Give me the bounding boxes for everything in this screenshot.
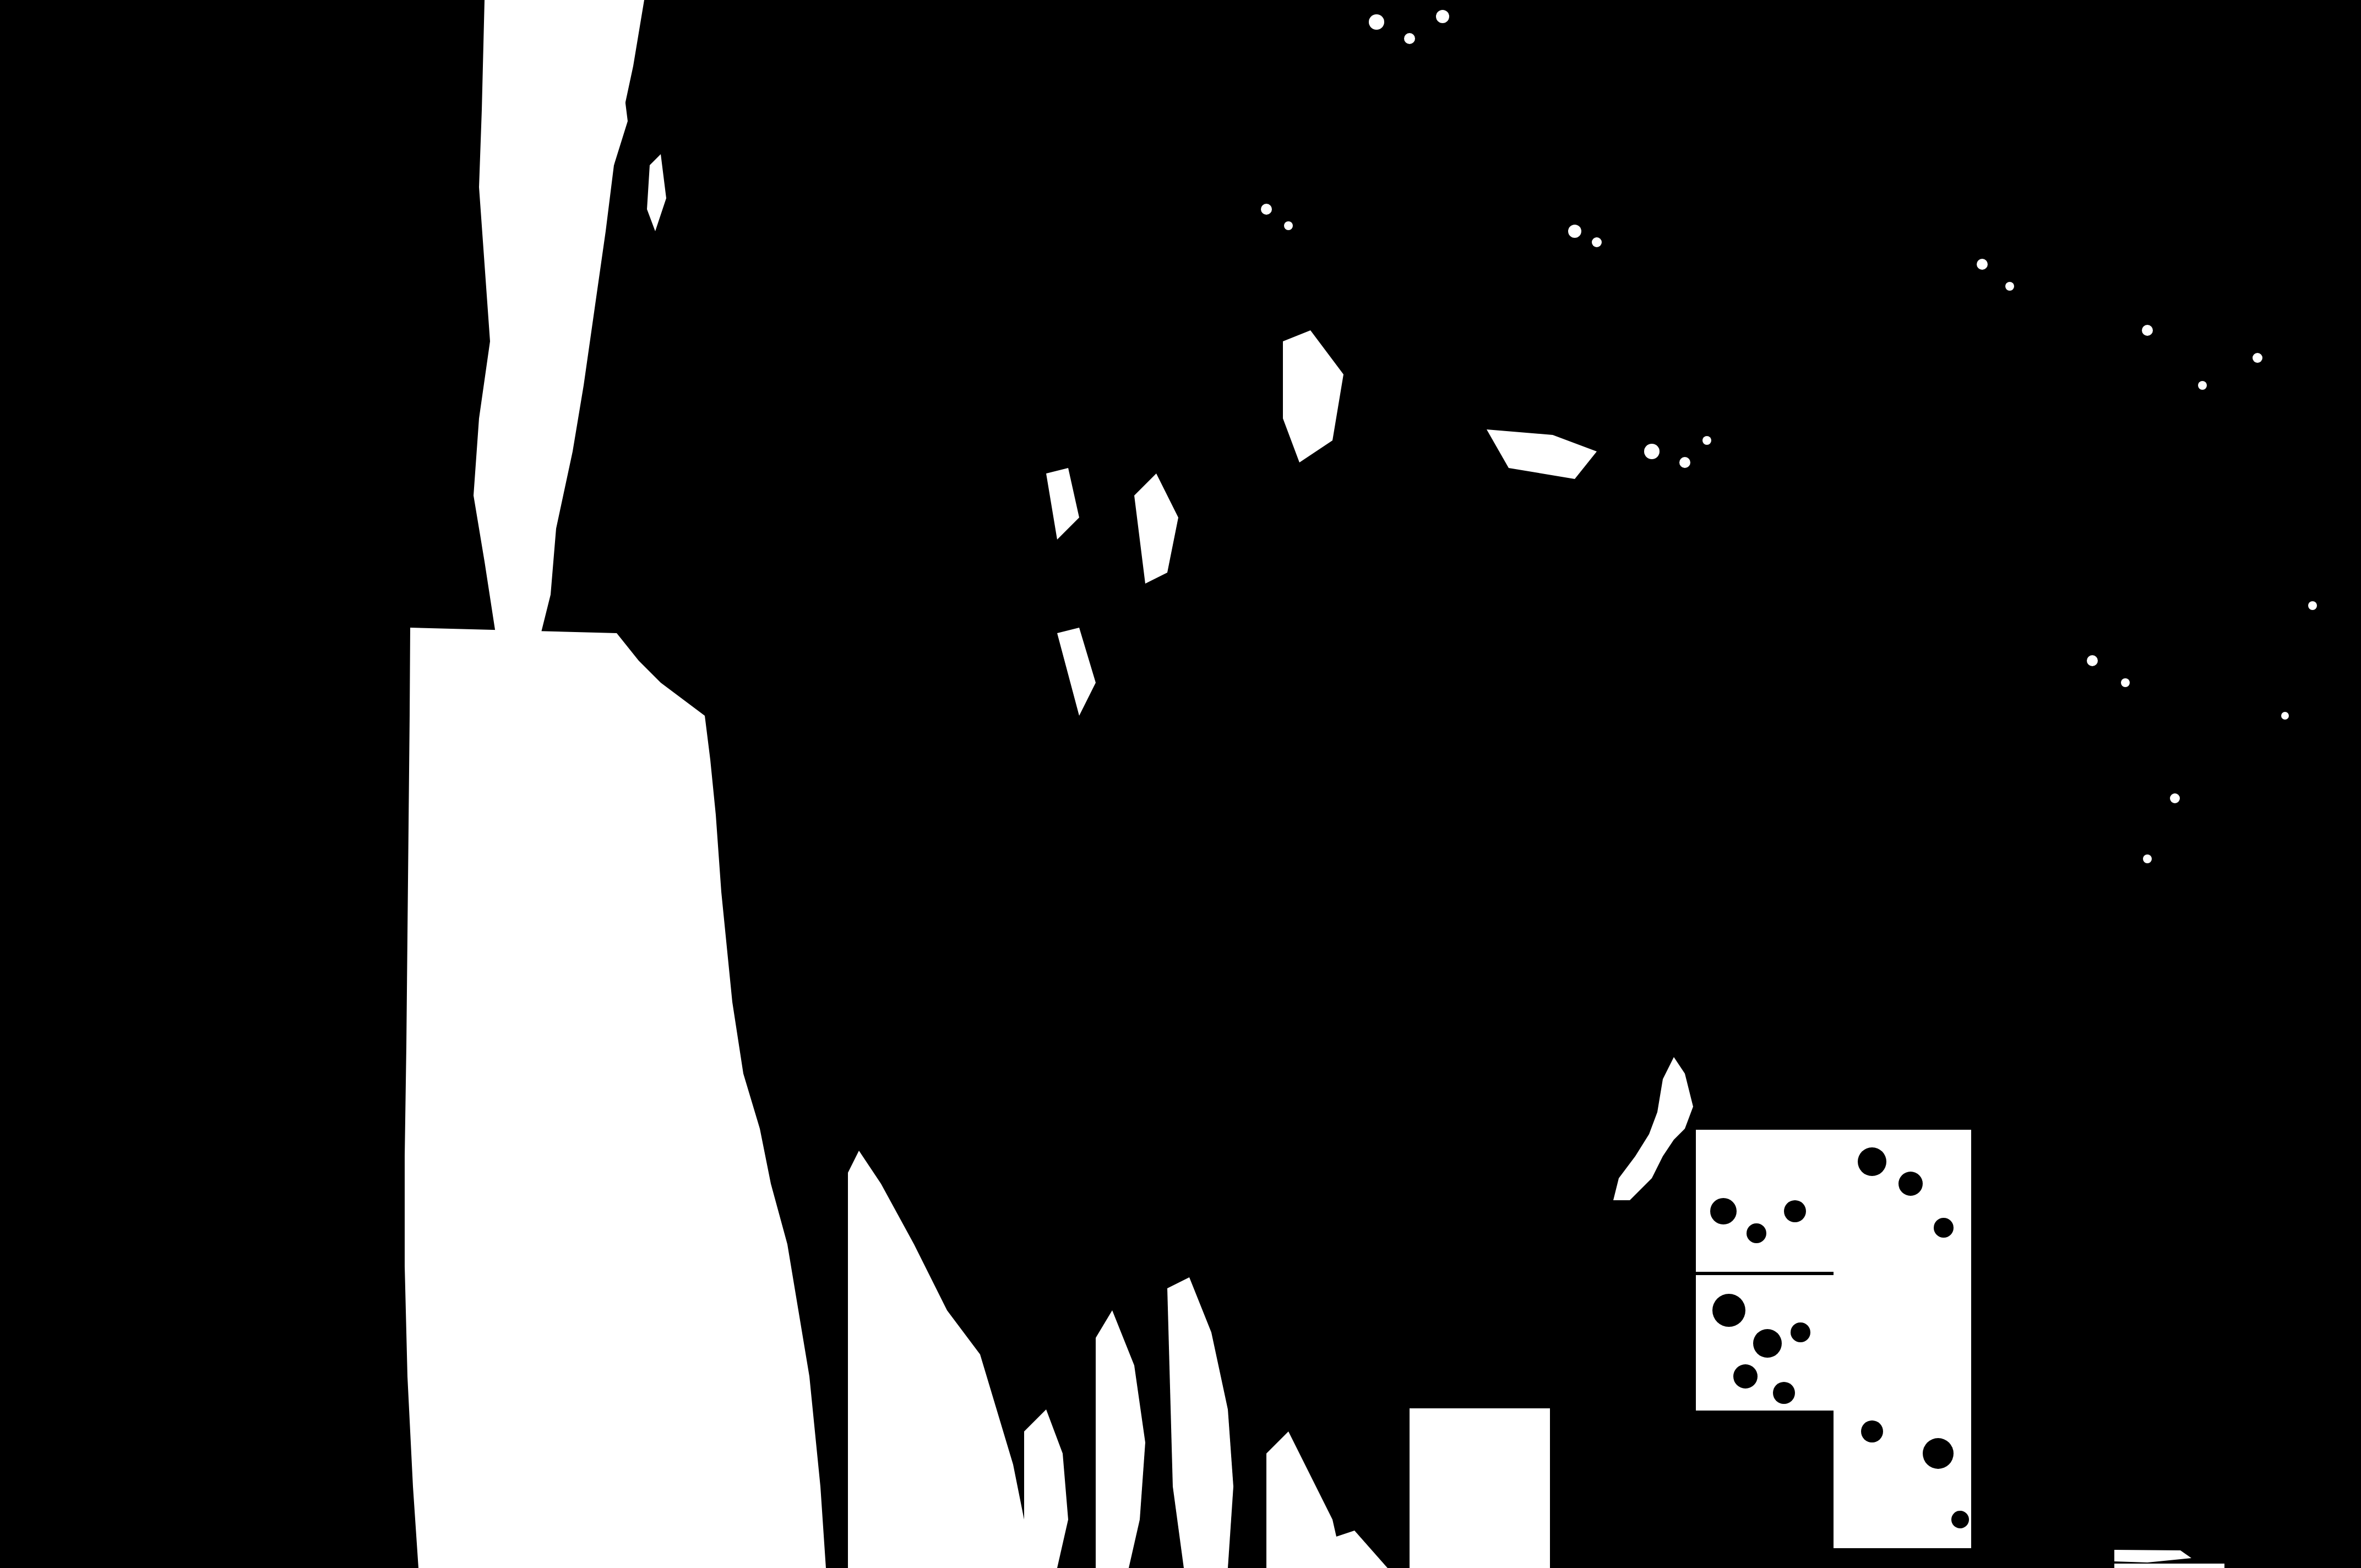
binarized-photo xyxy=(0,0,2361,1568)
bottom-center-rectangle xyxy=(1410,1408,1550,1568)
